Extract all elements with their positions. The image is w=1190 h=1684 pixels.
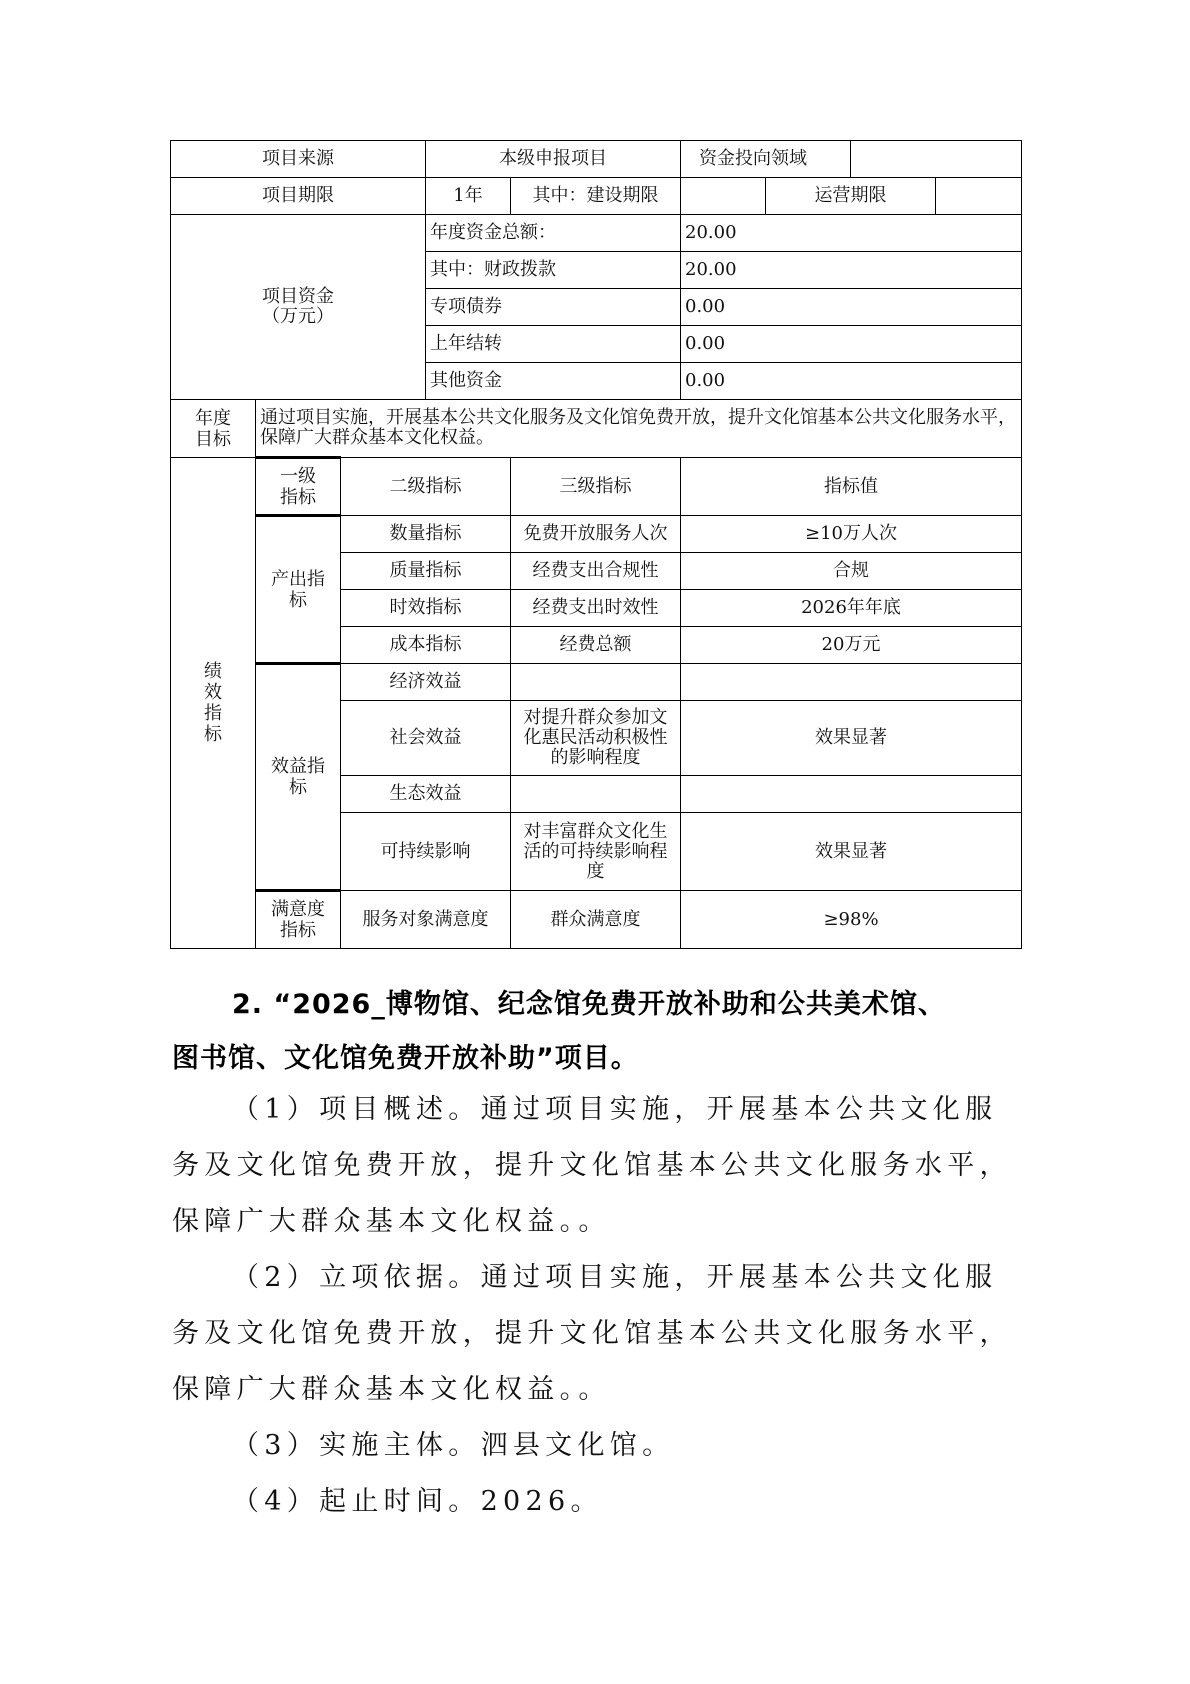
paragraph-overview: （1）项目概述。通过项目实施，开展基本公共文化服务及文化馆免费开放，提升文化馆基… — [172, 1082, 1024, 1250]
indicator-level3: 群众满意度 — [511, 891, 681, 949]
table-row-annual-goal: 年度目标 通过项目实施，开展基本公共文化服务及文化馆免费开放，提升文化馆基本公共… — [171, 400, 1022, 458]
fund-value: 0.00 — [681, 326, 1022, 363]
project-performance-table: 项目来源 本级申报项目 资金投向领域 项目期限 1年 其中：建设期限 运营期限 … — [170, 140, 1022, 949]
fund-value: 20.00 — [681, 215, 1022, 252]
table-row-indicator: 产出指标 数量指标 免费开放服务人次 ≥10万人次 — [171, 516, 1022, 553]
annual-goal-label: 年度目标 — [171, 400, 256, 458]
funds-label-line1: 项目资金 — [175, 287, 421, 307]
period-value: 1年 — [426, 178, 511, 215]
header-level1: 一级指标 — [256, 458, 341, 516]
indicator-level2: 可持续影响 — [341, 813, 511, 891]
fund-label: 专项债券 — [426, 289, 681, 326]
fund-label: 上年结转 — [426, 326, 681, 363]
indicator-level2: 社会效益 — [341, 701, 511, 776]
operate-period-value — [936, 178, 1022, 215]
domain-label: 资金投向领域 — [681, 141, 851, 178]
table-row-indicator: 效益指标 经济效益 — [171, 664, 1022, 701]
fund-value: 0.00 — [681, 289, 1022, 326]
group-level1: 满意度指标 — [256, 891, 341, 949]
funds-label: 项目资金 （万元） — [171, 215, 426, 400]
indicator-level2: 数量指标 — [341, 516, 511, 553]
table-row-indicator: 满意度指标 服务对象满意度 群众满意度 ≥98% — [171, 891, 1022, 949]
indicator-level3: 对提升群众参加文化惠民活动积极性的影响程度 — [511, 701, 681, 776]
table-row-period: 项目期限 1年 其中：建设期限 运营期限 — [171, 178, 1022, 215]
table-row-fund: 项目资金 （万元） 年度资金总额： 20.00 — [171, 215, 1022, 252]
paragraph-implementer: （3）实施主体。泗县文化馆。 — [172, 1418, 1024, 1474]
indicator-value: 合规 — [681, 553, 1022, 590]
indicator-value: 20万元 — [681, 627, 1022, 664]
fund-label: 其中：财政拨款 — [426, 252, 681, 289]
indicator-level3: 经费支出时效性 — [511, 590, 681, 627]
header-level3: 三级指标 — [511, 458, 681, 516]
indicator-value: 效果显著 — [681, 813, 1022, 891]
indicator-value: ≥98% — [681, 891, 1022, 949]
indicator-level2: 经济效益 — [341, 664, 511, 701]
indicator-level3: 对丰富群众文化生活的可持续影响程度 — [511, 813, 681, 891]
indicator-level3 — [511, 776, 681, 813]
fund-label: 其他资金 — [426, 363, 681, 400]
period-label: 项目期限 — [171, 178, 426, 215]
fund-value: 0.00 — [681, 363, 1022, 400]
indicator-level3: 经费总额 — [511, 627, 681, 664]
build-period-value — [681, 178, 766, 215]
group-level1: 产出指标 — [256, 516, 341, 664]
indicator-value: ≥10万人次 — [681, 516, 1022, 553]
table-row-perf-header: 绩效指标 一级指标 二级指标 三级指标 指标值 — [171, 458, 1022, 516]
indicator-level3 — [511, 664, 681, 701]
fund-label: 年度资金总额： — [426, 215, 681, 252]
fund-value: 20.00 — [681, 252, 1022, 289]
indicator-value — [681, 776, 1022, 813]
source-label: 项目来源 — [171, 141, 426, 178]
source-value: 本级申报项目 — [426, 141, 681, 178]
indicator-level2: 时效指标 — [341, 590, 511, 627]
indicator-level2: 质量指标 — [341, 553, 511, 590]
annual-goal-text: 通过项目实施，开展基本公共文化服务及文化馆免费开放，提升文化馆基本公共文化服务水… — [256, 400, 1022, 458]
group-level1: 效益指标 — [256, 664, 341, 891]
paragraph-period: （4）起止时间。2026。 — [172, 1474, 1024, 1530]
table-row-source: 项目来源 本级申报项目 资金投向领域 — [171, 141, 1022, 178]
indicator-level2: 服务对象满意度 — [341, 891, 511, 949]
indicator-value: 2026年年底 — [681, 590, 1022, 627]
section-heading-line1: 2. “2026_博物馆、纪念馆免费开放补助和公共美术馆、 — [232, 982, 946, 1021]
performance-label: 绩效指标 — [171, 458, 256, 949]
indicator-level3: 经费支出合规性 — [511, 553, 681, 590]
paragraph-basis: （2）立项依据。通过项目实施，开展基本公共文化服务及文化馆免费开放，提升文化馆基… — [172, 1250, 1024, 1418]
section-heading-line2: 图书馆、文化馆免费开放补助”项目。 — [172, 1036, 639, 1075]
indicator-level2: 生态效益 — [341, 776, 511, 813]
header-value: 指标值 — [681, 458, 1022, 516]
build-period-label: 其中：建设期限 — [511, 178, 681, 215]
operate-period-label: 运营期限 — [766, 178, 936, 215]
indicator-value: 效果显著 — [681, 701, 1022, 776]
domain-value — [851, 141, 1022, 178]
header-level2: 二级指标 — [341, 458, 511, 516]
indicator-level2: 成本指标 — [341, 627, 511, 664]
funds-label-line2: （万元） — [175, 307, 421, 327]
indicator-value — [681, 664, 1022, 701]
indicator-level3: 免费开放服务人次 — [511, 516, 681, 553]
